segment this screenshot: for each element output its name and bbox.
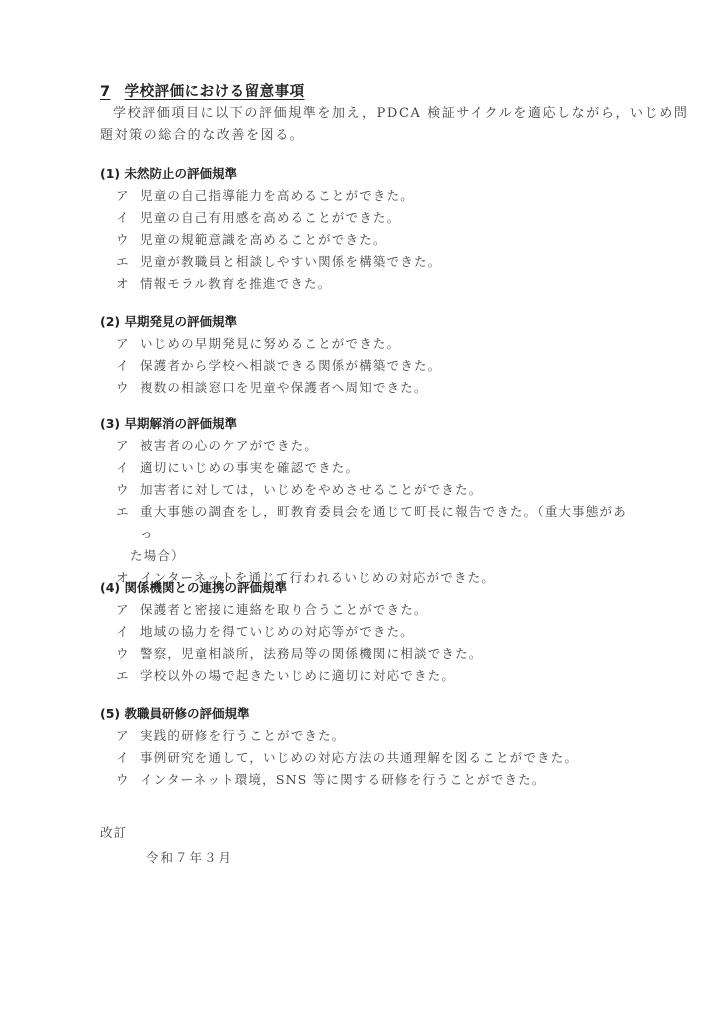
list-item: エ児童が教職員と相談しやすい関係を構築できた。: [100, 251, 660, 273]
section-agency-cooperation: (4) 関係機関との連携の評価規準 ア保護者と密接に連絡を取り合うことができた。…: [100, 577, 660, 687]
item-text: 児童の規範意識を高めることができた。: [140, 229, 387, 251]
intro-line-2: 題対策の総合的な改善を図る。: [100, 125, 640, 147]
list-item: イ児童の自己有用感を高めることができた。: [100, 207, 660, 229]
item-text: いじめの早期発見に努めることができた。: [140, 333, 400, 355]
list-item: イ地域の協力を得ていじめの対応等ができた。: [100, 621, 660, 643]
list-item: ウ加害者に対しては，いじめをやめさせることができた。: [100, 479, 660, 501]
section-early-detection: (2) 早期発見の評価規準 アいじめの早期発見に努めることができた。 イ保護者か…: [100, 311, 660, 399]
item-text: 児童の自己有用感を高めることができた。: [140, 207, 400, 229]
section-title: (2) 早期発見の評価規準: [100, 311, 660, 333]
revision-date: 令和７年３月: [146, 848, 233, 866]
list-item: アいじめの早期発見に努めることができた。: [100, 333, 660, 355]
item-mark: イ: [100, 747, 140, 769]
document-page: 7学校評価における留意事項 学校評価項目に以下の評価規準を加え，PDCA 検証サ…: [0, 0, 720, 1024]
heading-number: 7: [100, 84, 111, 100]
item-mark: オ: [100, 273, 140, 295]
item-text: 児童が教職員と相談しやすい関係を構築できた。: [140, 251, 441, 273]
list-item: ア被害者の心のケアができた。: [100, 435, 660, 457]
item-mark: ア: [100, 725, 140, 747]
item-text: 保護者と密接に連絡を取り合うことができた。: [140, 599, 428, 621]
heading-text: 学校評価における留意事項: [125, 84, 305, 100]
list-item: ア実践的研修を行うことができた。: [100, 725, 660, 747]
list-item: ウ複数の相談窓口を児童や保護者へ周知できた。: [100, 377, 660, 399]
list-item: イ適切にいじめの事実を確認できた。: [100, 457, 660, 479]
item-mark: ア: [100, 185, 140, 207]
item-text: 地域の協力を得ていじめの対応等ができた。: [140, 621, 414, 643]
section-title: (1) 未然防止の評価規準: [100, 163, 660, 185]
item-mark: ア: [100, 599, 140, 621]
item-mark: ウ: [100, 769, 140, 791]
list-item: オ情報モラル教育を推進できた。: [100, 273, 660, 295]
item-text: 適切にいじめの事実を確認できた。: [140, 457, 359, 479]
list-item: ウ児童の規範意識を高めることができた。: [100, 229, 660, 251]
section-heading: 7学校評価における留意事項: [100, 80, 305, 101]
list-item: イ事例研究を通して，いじめの対応方法の共通理解を図ることができた。: [100, 747, 660, 769]
item-mark: イ: [100, 621, 140, 643]
item-text: 複数の相談窓口を児童や保護者へ周知できた。: [140, 377, 428, 399]
item-text: インターネット環境，SNS 等に関する研修を行うことができた。: [140, 769, 546, 791]
item-mark: ウ: [100, 229, 140, 251]
section-staff-training: (5) 教職員研修の評価規準 ア実践的研修を行うことができた。 イ事例研究を通し…: [100, 703, 660, 791]
item-mark: ア: [100, 435, 140, 457]
item-text: 学校以外の場で起きたいじめに適切に対応できた。: [140, 665, 455, 687]
section-early-resolution: (3) 早期解消の評価規準 ア被害者の心のケアができた。 イ適切にいじめの事実を…: [100, 413, 660, 589]
item-mark: ウ: [100, 643, 140, 665]
list-item: ウ警察，児童相談所，法務局等の関係機関に相談できた。: [100, 643, 660, 665]
item-text: 加害者に対しては，いじめをやめさせることができた。: [140, 479, 483, 501]
section-title: (3) 早期解消の評価規準: [100, 413, 660, 435]
item-text: 重大事態の調査をし，町教育委員会を通じて町長に報告できた。（重大事態があっ: [140, 504, 627, 541]
item-mark: ウ: [100, 377, 140, 399]
item-mark: イ: [100, 355, 140, 377]
item-mark: ウ: [100, 479, 140, 501]
section-title: (5) 教職員研修の評価規準: [100, 703, 660, 725]
item-mark: エ: [100, 251, 140, 273]
item-text: 実践的研修を行うことができた。: [140, 725, 346, 747]
list-item: ウインターネット環境，SNS 等に関する研修を行うことができた。: [100, 769, 660, 791]
list-item: イ保護者から学校へ相談できる関係が構築できた。: [100, 355, 660, 377]
item-text: 被害者の心のケアができた。: [140, 435, 318, 457]
list-item: ア児童の自己指導能力を高めることができた。: [100, 185, 660, 207]
item-text-continuation: た場合）: [130, 545, 630, 567]
item-mark: ア: [100, 333, 140, 355]
item-mark: エ: [100, 665, 140, 687]
item-mark: イ: [100, 207, 140, 229]
item-text: 警察，児童相談所，法務局等の関係機関に相談できた。: [140, 643, 483, 665]
section-title: (4) 関係機関との連携の評価規準: [100, 577, 660, 599]
intro-paragraph: 学校評価項目に以下の評価規準を加え，PDCA 検証サイクルを適応しながら，いじめ…: [100, 103, 640, 147]
item-text: 児童の自己指導能力を高めることができた。: [140, 185, 414, 207]
revision-label: 改訂: [100, 823, 127, 841]
list-item: エ学校以外の場で起きたいじめに適切に対応できた。: [100, 665, 660, 687]
item-text: 保護者から学校へ相談できる関係が構築できた。: [140, 355, 441, 377]
section-prevention: (1) 未然防止の評価規準 ア児童の自己指導能力を高めることができた。 イ児童の…: [100, 163, 660, 295]
list-item: ア保護者と密接に連絡を取り合うことができた。: [100, 599, 660, 621]
item-mark: イ: [100, 457, 140, 479]
list-item: エ重大事態の調査をし，町教育委員会を通じて町長に報告できた。（重大事態があった場…: [100, 501, 660, 567]
item-text: 事例研究を通して，いじめの対応方法の共通理解を図ることができた。: [140, 747, 578, 769]
intro-line-1: 学校評価項目に以下の評価規準を加え，PDCA 検証サイクルを適応しながら，いじめ…: [100, 103, 640, 125]
item-text: 情報モラル教育を推進できた。: [140, 273, 331, 295]
